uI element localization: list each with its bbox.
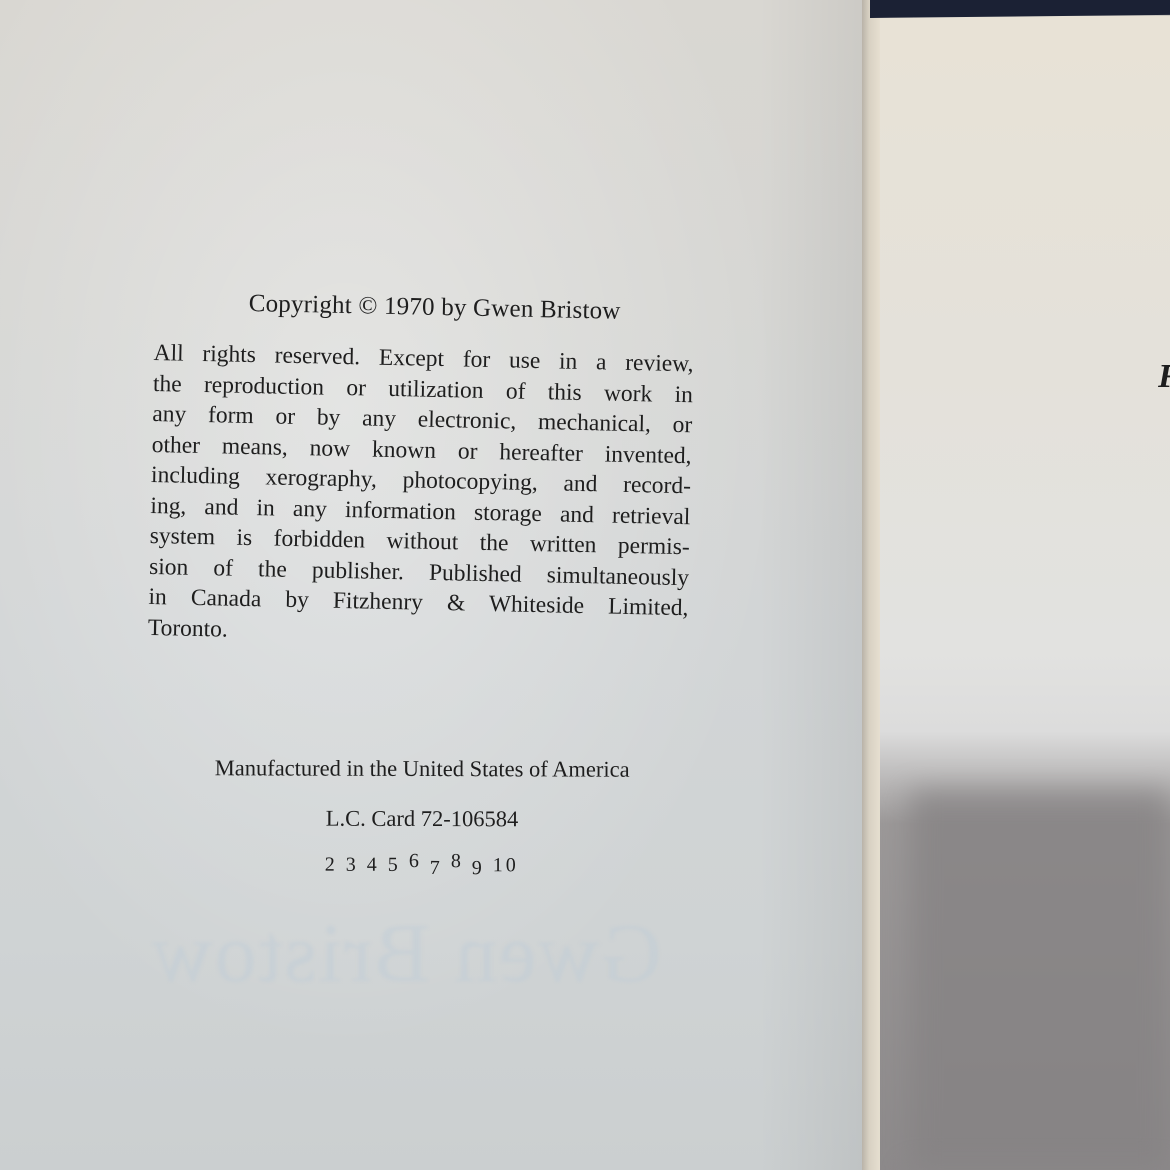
manufactured-line: Manufactured in the United States of Ame… (172, 755, 672, 783)
bleed-through-text: Gwen Bristow (150, 905, 662, 1002)
printing-digit: 3 (346, 854, 359, 877)
printing-digit: 7 (430, 857, 443, 880)
book-cover-edge (870, 0, 1170, 18)
copyright-block: Copyright © 1970 by Gwen Bristow All rig… (148, 288, 695, 654)
book-photo: Gwen Bristow Copyright © 1970 by Gwen Br… (0, 0, 1170, 1170)
page-gutter (862, 0, 880, 1170)
cast-shadow (910, 790, 1170, 1170)
printing-digit: 8 (451, 850, 464, 873)
printing-number-line: 2 3 4 5 6 7 8 9 10 (172, 853, 672, 878)
printing-digit: 4 (367, 854, 380, 877)
printing-digit: 2 (325, 854, 338, 877)
facing-page-partial-letter: F (1158, 358, 1170, 396)
rights-reserved-paragraph: All rights reserved. Except for use in a… (148, 338, 694, 654)
lc-card-number: L.C. Card 72-106584 (172, 805, 672, 833)
printing-digit: 5 (388, 854, 401, 877)
printing-digit: 9 (472, 857, 485, 880)
printing-digit: 6 (409, 850, 422, 873)
printing-digit: 10 (493, 854, 519, 877)
colophon: Manufactured in the United States of Ame… (172, 755, 672, 878)
